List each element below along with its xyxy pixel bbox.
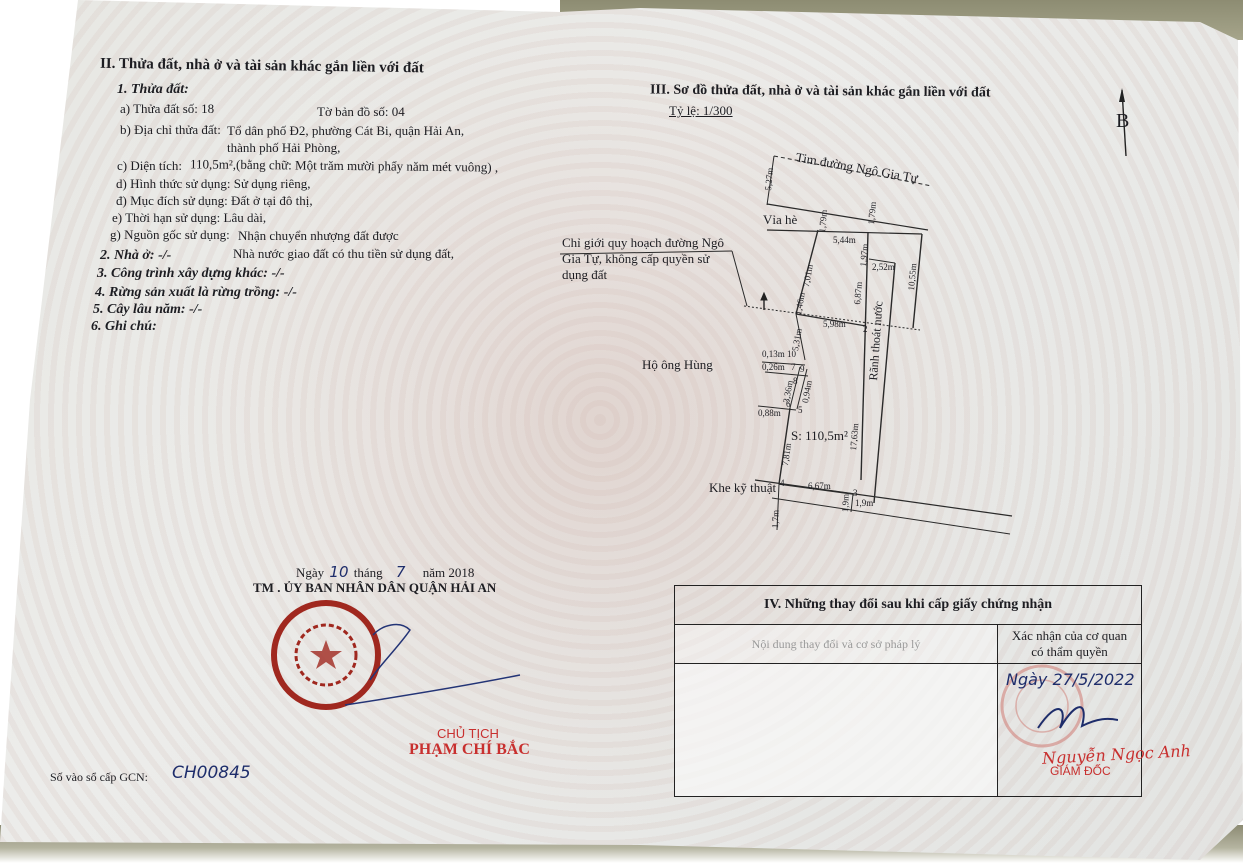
month-prefix: tháng <box>354 565 383 580</box>
col-confirm-line-1: Xác nhận của cơ quan <box>999 628 1140 644</box>
point-6: 6 <box>786 399 791 409</box>
dim-5-27: 5,27m <box>763 167 775 191</box>
planning-note-line-1: Chỉ giới quy hoạch đường Ngô <box>562 235 724 251</box>
point-5: 5 <box>798 405 803 415</box>
change-content-cell <box>675 664 998 797</box>
issuing-authority: TM . ỦY BAN NHÂN DÂN QUẬN HẢI AN <box>253 580 496 596</box>
col-content-header: Nội dung thay đổi và cơ sở pháp lý <box>675 625 998 664</box>
official-seal <box>270 595 530 725</box>
dim-1-79a: 1,79m <box>817 209 829 233</box>
point-7: 7 <box>791 362 796 372</box>
date-prefix: Ngày <box>296 565 324 580</box>
planning-note-line-2: Gia Tự, không cấp quyền sử <box>562 251 724 267</box>
dim-1-7: 1,7m <box>770 510 781 529</box>
registry-number: CH00845 <box>172 763 251 783</box>
section-4-title: IV. Những thay đổi sau khi cấp giấy chứn… <box>675 586 1142 625</box>
planning-note-line-3: dụng đất <box>562 267 724 283</box>
dim-5-98: 5,98m <box>823 319 846 329</box>
point-2: 2 <box>863 324 868 334</box>
neighbor-label: Hộ ông Hùng <box>642 357 713 373</box>
dim-6-67: 6,67m <box>808 481 831 491</box>
sidewalk-label: Vỉa hè <box>763 212 797 228</box>
issue-date: Ngày 10 tháng 7 năm 2018 <box>296 563 474 581</box>
point-4: 4 <box>780 478 785 488</box>
signer-title: CHỦ TỊCH <box>437 726 499 741</box>
dim-0-88: 0,88m <box>758 408 781 418</box>
certificate-page: II. Thửa đất, nhà ở và tài sản khác gắn … <box>0 0 1243 863</box>
signer-name: PHẠM CHÍ BẮC <box>409 741 530 759</box>
dim-2-52: 2,52m <box>872 262 895 272</box>
registry-label: Số vào sổ cấp GCN: <box>50 770 148 785</box>
dim-1-79b: 1,79m <box>866 201 878 225</box>
planning-note: Chỉ giới quy hoạch đường Ngô Gia Tự, khô… <box>562 235 724 283</box>
dim-1-97: 1,97m <box>858 243 870 267</box>
issue-day: 10 <box>329 563 348 581</box>
issue-month: 7 <box>396 563 406 581</box>
technical-gap-label: Khe kỹ thuật <box>709 480 776 496</box>
dim-1-9b: 1,9m <box>855 498 873 508</box>
issue-year: năm 2018 <box>423 565 475 580</box>
confirm-date: Ngày 27/5/2022 <box>1006 670 1135 689</box>
dim-0-13: 0,13m <box>762 349 785 359</box>
point-10: 10 <box>787 349 796 359</box>
dim-6-87: 6,87m <box>852 281 864 305</box>
parcel-area-label: S: 110,5m² <box>791 428 848 444</box>
point-3: 3 <box>853 488 858 498</box>
dim-0-26: 0,26m <box>762 362 785 372</box>
dim-1-9a: 1,9m <box>840 494 851 513</box>
point-9: 9 <box>800 364 805 374</box>
change-confirm-cell: Ngày 27/5/2022 GIÁM ĐỐC <box>998 664 1142 797</box>
dim-5-44: 5,44m <box>833 235 856 245</box>
